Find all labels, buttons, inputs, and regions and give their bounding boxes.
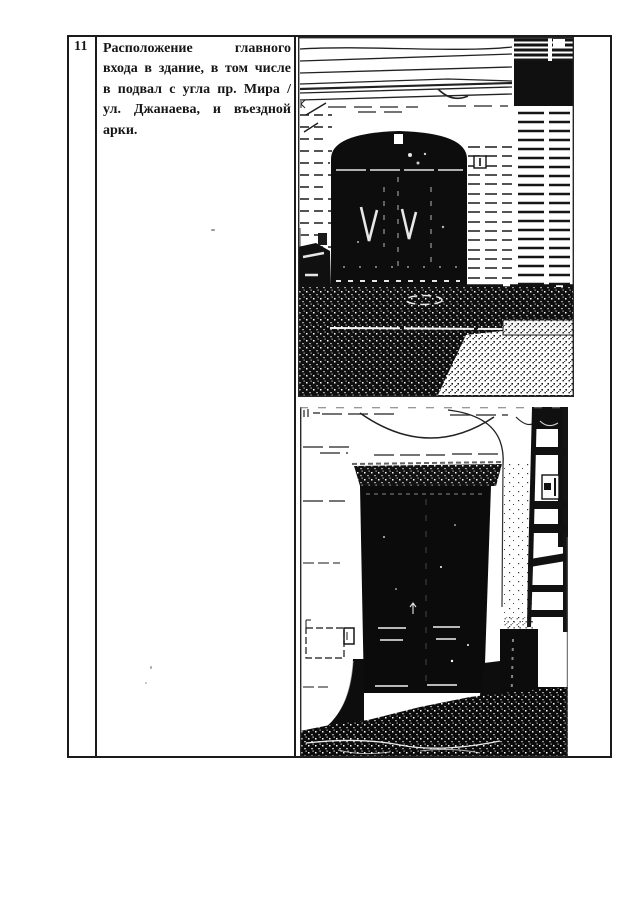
corner-building-block (514, 39, 574, 284)
overhead-wires (300, 47, 512, 112)
column-divider-photos (294, 35, 296, 758)
scan-artifact (211, 229, 215, 231)
scan-artifact (145, 682, 147, 684)
left-foreground-object (298, 233, 331, 293)
entrance-door-photo (300, 407, 568, 757)
description-line: арки. (103, 121, 291, 141)
description-line: входа в здание, в том числе (103, 59, 291, 79)
address-sign (474, 156, 486, 168)
door-lintel (352, 462, 504, 486)
description-cell: Расположение главного входа в здание, в … (103, 39, 291, 141)
column-divider-number (95, 35, 97, 758)
entrance-door-photo-image (300, 407, 568, 757)
scan-artifact (150, 666, 152, 669)
pavement (298, 286, 574, 397)
entrance-arch-photo-image (298, 37, 574, 397)
drainpipe-brackets (527, 407, 568, 632)
entrance-arch-photo (298, 37, 574, 397)
description-line: Расположение главного (103, 39, 291, 59)
doorway (360, 486, 491, 716)
row-number: 11 (67, 38, 95, 54)
left-wall-marks (303, 563, 354, 687)
description-line: в подвал с угла пр. Мира / (103, 80, 291, 100)
scanned-document-page: 11 Расположение главного входа в здание,… (0, 0, 640, 905)
description-line: ул. Джанаева, и въездной (103, 100, 291, 120)
arched-doorway (331, 131, 467, 287)
